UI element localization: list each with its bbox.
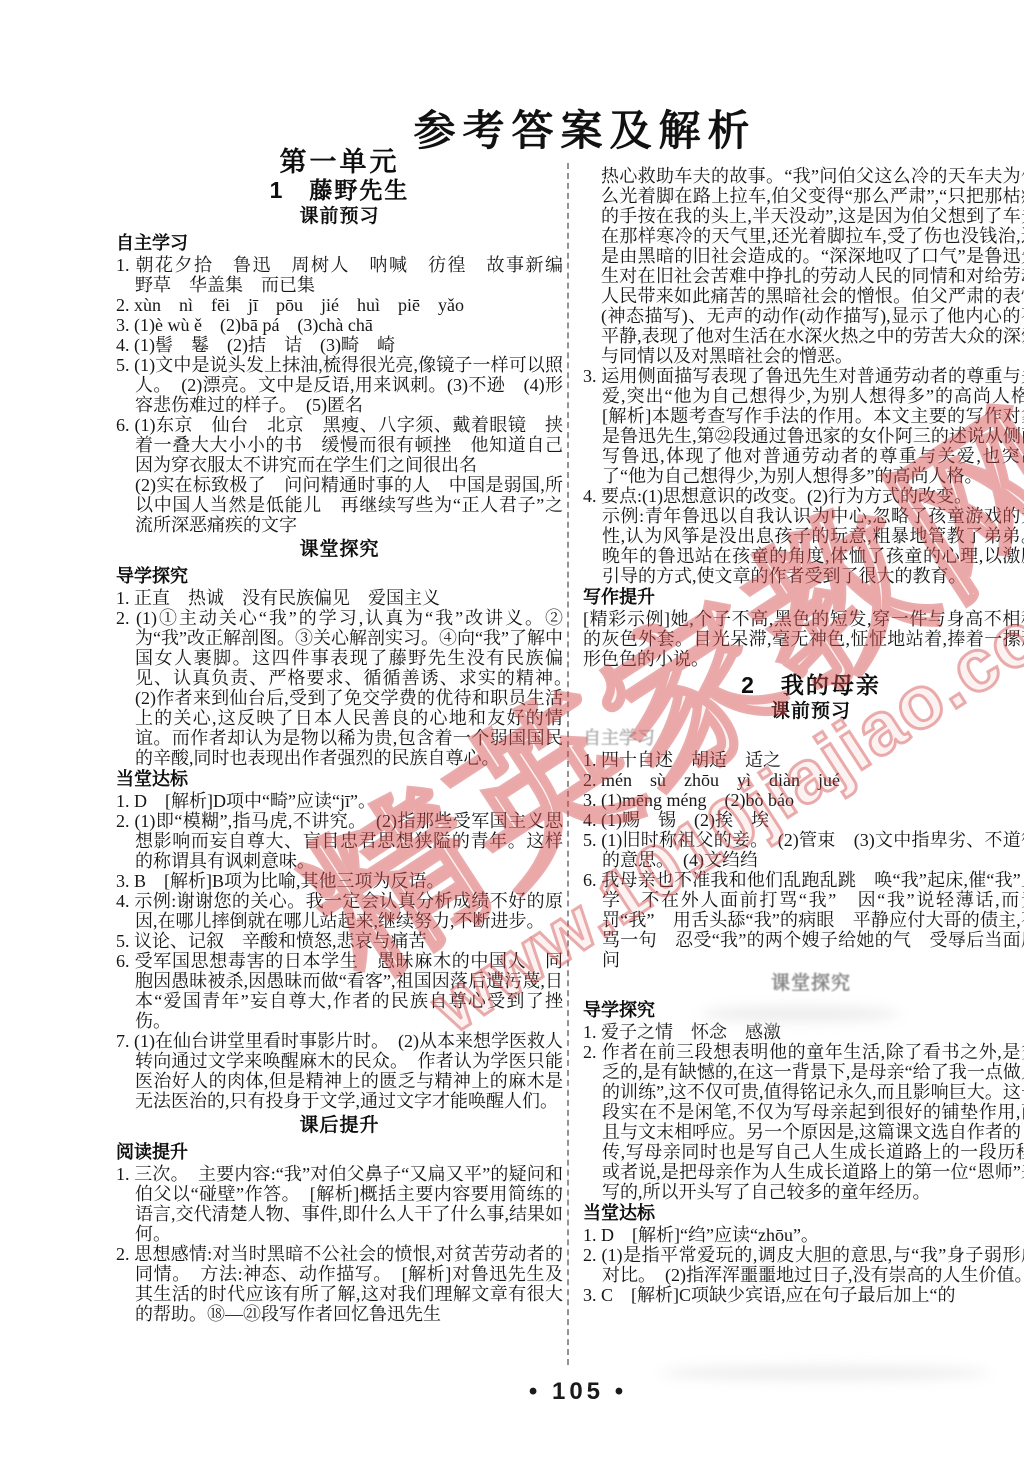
- section-heading-pre-class: 课前预习: [116, 207, 563, 227]
- section-heading-class-explore-2: 课堂探究: [583, 974, 1024, 994]
- answer-item: 6. 我母亲也不准我和他们乱跑乱跳 唤“我”起床,催“我”上学 不在外人面前打骂…: [583, 870, 1024, 970]
- answer-item: 4. 示例:谢谢您的关心。我一定会认真分析成绩不好的原因,在哪儿摔倒就在哪儿站起…: [116, 891, 563, 931]
- answer-subitem: (2)实在标致极了 问问精通时事的人 中国是弱国,所以中国人当然是低能儿 再继续…: [116, 475, 563, 535]
- answer-item: 6. (1)东京 仙台 北京 黑瘦、八字须、戴着眼镜 挟着一叠大大小小的书 缓慢…: [116, 415, 563, 475]
- section-heading-pre-class-2: 课前预习: [583, 702, 1024, 722]
- answer-item: 3. (1)mēng méng (2)bò báo: [583, 790, 1024, 810]
- answer-item: 1. D [解析]D项中“畸”应读“jī”。: [116, 791, 563, 811]
- column-divider-rule: [567, 163, 569, 1365]
- lesson2-heading: 2 我的母亲: [583, 675, 1024, 695]
- section-heading-after-class: 课后提升: [116, 1116, 563, 1136]
- page-title: 参考答案及解析: [0, 98, 1024, 158]
- subsection-heading-standard: 当堂达标: [116, 769, 563, 789]
- writing-example-paragraph: [精彩示例]她,个子不高,黑色的短发,穿一件与身高不相称的灰色外套。目光呆滞,毫…: [583, 609, 1024, 669]
- answer-item: 1. D [解析]“绉”应读“zhōu”。: [583, 1225, 1024, 1245]
- subsection-heading-writing: 写作提升: [583, 587, 1024, 607]
- unit-heading: 第一单元: [116, 152, 563, 172]
- answer-item: 2. (1)①主动关心“我”的学习,认真为“我”改讲义。②为“我”改正解剖图。③…: [116, 608, 563, 768]
- left-column: 第一单元 1 藤野先生 课前预习 自主学习 1. 朝花夕拾 鲁迅 周树人 呐喊 …: [116, 152, 563, 1324]
- answer-item: 3. C [解析]C项缺少宾语,应在句子最后加上“的: [583, 1285, 1024, 1305]
- answer-item: 5. (1)旧时称祖父的妾。 (2)管束 (3)文中指卑劣、不道德的意思。 (4…: [583, 830, 1024, 870]
- answer-item: 4. (1)赐 锡 (2)挨 埃: [583, 810, 1024, 830]
- scan-smudge: [700, 1006, 900, 1022]
- answer-item: 2. mén sù zhōu yì diàn jué: [583, 770, 1024, 790]
- answer-item: 2. 作者在前三段想表明他的童年生活,除了看书之外,是贫乏的,是有缺憾的,在这一…: [583, 1042, 1024, 1202]
- answer-item: 1. 爱子之情 怀念 感激: [583, 1022, 1024, 1042]
- answer-item: 1. 朝花夕拾 鲁迅 周树人 呐喊 彷徨 故事新编 野草 华盖集 而已集: [116, 255, 563, 295]
- subsection-heading-guided-explore: 导学探究: [116, 566, 563, 586]
- section-heading-class-explore: 课堂探究: [116, 540, 563, 560]
- right-column: 热心救助车夫的故事。“我”问伯父这么冷的天车夫为什么光着脚在路上拉车,伯父变得“…: [583, 166, 1024, 1305]
- subsection-heading-standard-2: 当堂达标: [583, 1203, 1024, 1223]
- subsection-heading-self-study-2: 自主学习: [583, 728, 1024, 748]
- answer-item: 1. 四十自述 胡适 适之: [583, 750, 1024, 770]
- answer-item: 5. 议论、记叙 辛酸和愤怒,悲哀与痛苦: [116, 931, 563, 951]
- continuation-paragraph: 热心救助车夫的故事。“我”问伯父这么冷的天车夫为什么光着脚在路上拉车,伯父变得“…: [583, 166, 1024, 366]
- answer-item: 1. 三次。 主要内容:“我”对伯父鼻子“又扁又平”的疑问和伯父以“碰壁”作答。…: [116, 1164, 563, 1244]
- scan-smudge: [660, 1366, 990, 1380]
- page-number: • 105 •: [478, 1378, 678, 1406]
- answer-item: 3. (1)è wù ě (2)bā pá (3)chà chā: [116, 315, 563, 335]
- answer-item: 7. (1)在仙台讲堂里看时事影片时。 (2)从本来想学医救人转向通过文学来唤醒…: [116, 1031, 563, 1111]
- answer-item: 4. 要点:(1)思想意识的改变。(2)行为方式的改变。: [583, 486, 1024, 506]
- answer-item: 5. (1)文中是说头发上抹油,梳得很光亮,像镜子一样可以照人。 (2)漂亮。文…: [116, 355, 563, 415]
- answer-item: 3. B [解析]B项为比喻,其他三项为反语。: [116, 871, 563, 891]
- answer-subitem: 示例:青年鲁迅以自我认识为中心,忽略了孩童游戏的天性,认为风筝是没出息孩子的玩意…: [583, 506, 1024, 586]
- answer-item: 3. 运用侧面描写表现了鲁迅先生对普通劳动者的尊重与关爱,突出“他为自己想得少,…: [583, 366, 1024, 486]
- answer-item: 6. 受军国思想毒害的日本学生 愚昧麻木的中国人 同胞因愚昧被杀,因愚昧而做“看…: [116, 951, 563, 1031]
- answer-item: 2. xùn nì fēi jī pōu jié huì piē yǎo: [116, 295, 563, 315]
- answer-item: 2. (1)是指平常爱玩的,调皮大胆的意思,与“我”身子弱形成对比。 (2)指浑…: [583, 1245, 1024, 1285]
- subsection-heading-self-study: 自主学习: [116, 233, 563, 253]
- answer-item: 4. (1)髻 鬈 (2)拮 诘 (3)畸 崎: [116, 335, 563, 355]
- subsection-heading-reading: 阅读提升: [116, 1142, 563, 1162]
- scanned-answer-page: { "page": { "title": "参考答案及解析", "page_nu…: [0, 0, 1024, 1458]
- answer-item: 2. (1)即“模糊”,指马虎,不讲究。 (2)指那些受军国主义思想影响而妄自尊…: [116, 811, 563, 871]
- answer-item: 2. 思想感情:对当时黑暗不公社会的愤恨,对贫苦劳动者的同情。 方法:神态、动作…: [116, 1244, 563, 1324]
- answer-item: 1. 正直 热诚 没有民族偏见 爱国主义: [116, 588, 563, 608]
- lesson1-heading: 1 藤野先生: [116, 180, 563, 200]
